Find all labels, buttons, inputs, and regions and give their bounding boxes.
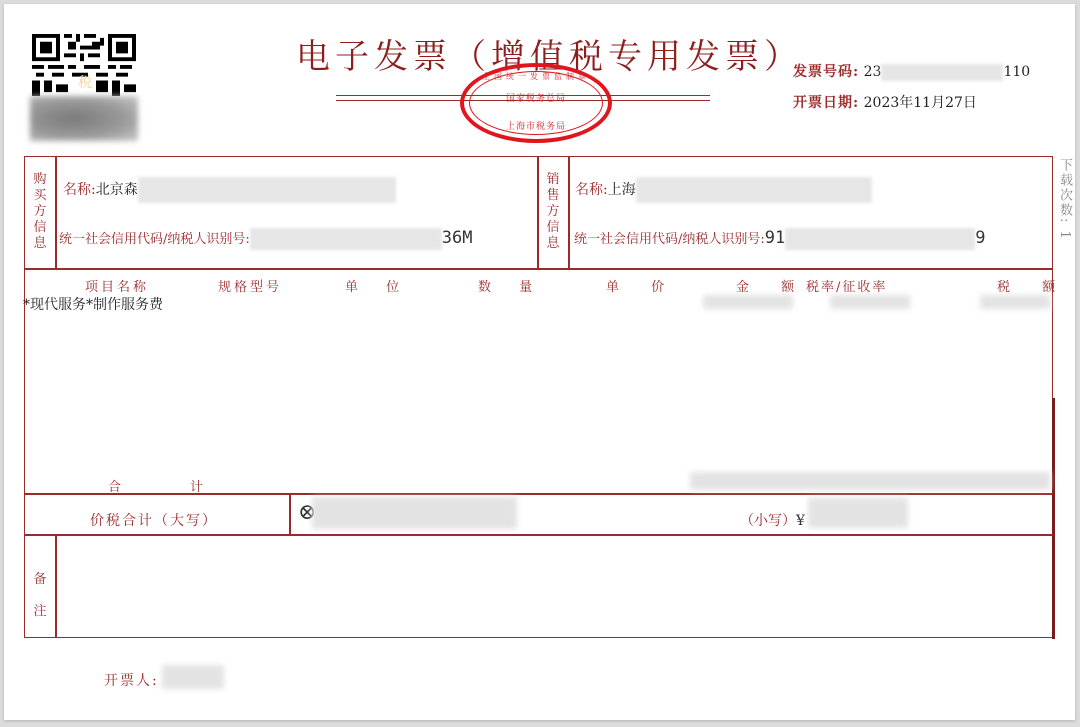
column-header-unit-price: 单 价 <box>606 276 678 295</box>
line-item-name: *现代服务*制作服务费 <box>23 294 163 314</box>
frame-shadow <box>1052 398 1055 639</box>
column-header-item-name: 项目名称 <box>85 276 149 295</box>
issuer-label: 开票人: <box>104 673 159 689</box>
seller-tax-id-suffix: 9 <box>975 228 985 248</box>
seller-name-value: 上海 <box>608 182 636 198</box>
column-header-tax-rate: 税率/征收率 <box>806 276 887 295</box>
redacted-block <box>703 295 793 309</box>
divider <box>24 268 1053 270</box>
column-header-quantity: 数 量 <box>478 276 544 295</box>
subtotal-label-2: 计 <box>190 476 203 495</box>
stamp-arc-text: 全国统一发票监制章 <box>464 71 608 82</box>
redacted-block <box>162 665 224 689</box>
buyer-section-label: 购买方信息 <box>25 172 55 252</box>
seller-name: 名称:上海 <box>575 177 872 203</box>
official-seal-stamp: 全国统一发票监制章 国家税务总局 上海市税务局 <box>460 63 612 143</box>
divider <box>24 534 1053 536</box>
buyer-tax-id-label: 统一社会信用代码/纳税人识别号: <box>59 232 250 247</box>
column-header-amount: 金 额 <box>736 276 808 295</box>
qr-tax-badge: 税 <box>78 72 92 92</box>
divider <box>24 493 1053 495</box>
buyer-tax-id: 统一社会信用代码/纳税人识别号:36M <box>59 228 472 250</box>
redacted-block <box>138 177 396 203</box>
stamp-bottom-text: 上海市税务局 <box>464 119 608 132</box>
stamp-center-text: 国家税务总局 <box>464 91 608 104</box>
redacted-block <box>250 228 442 250</box>
seller-section-label: 销售方信息 <box>538 172 568 252</box>
issue-date: 开票日期: 2023年11月27日 <box>793 92 977 112</box>
divider <box>55 534 57 638</box>
invoice-number-prefix: 23 <box>864 64 882 80</box>
remarks-label: 备注 <box>25 564 55 628</box>
currency-symbol: ¥ <box>796 513 805 529</box>
redacted-block <box>830 295 910 309</box>
redacted-block <box>690 472 1050 490</box>
invoice-number-suffix: 110 <box>1003 64 1030 80</box>
divider <box>568 156 570 269</box>
redacted-block <box>881 64 1003 81</box>
total-lower: （小写）¥ <box>740 510 805 530</box>
divider <box>55 156 57 269</box>
buyer-section-text: 购买方信息 <box>33 172 47 252</box>
total-lower-label: （小写） <box>740 513 796 529</box>
redacted-block <box>636 177 872 203</box>
issue-date-label: 开票日期: <box>793 95 859 111</box>
buyer-name: 名称:北京森 <box>63 177 396 203</box>
seller-name-label: 名称: <box>575 182 608 198</box>
redacted-block <box>980 295 1050 309</box>
issue-date-value: 2023年11月27日 <box>864 95 977 111</box>
column-header-spec: 规格型号 <box>218 276 282 295</box>
redacted-block <box>808 498 908 528</box>
buyer-tax-id-suffix: 36M <box>442 228 473 248</box>
redacted-block <box>30 96 138 141</box>
buyer-name-value: 北京森 <box>96 182 138 198</box>
invoice-number-label: 发票号码: <box>793 64 859 80</box>
seller-tax-id-label: 统一社会信用代码/纳税人识别号: <box>574 232 765 247</box>
divider <box>289 493 291 535</box>
remarks-text: 备注 <box>33 564 47 628</box>
total-upper-label: 价税合计（大写） <box>90 510 218 530</box>
column-header-unit: 单 位 <box>345 276 411 295</box>
seller-tax-id-prefix: 91 <box>765 228 785 248</box>
column-header-tax-amount: 税 额 <box>997 276 1069 295</box>
download-count: 下载次数: 1 <box>1058 158 1074 241</box>
buyer-name-label: 名称: <box>63 182 96 198</box>
issuer: 开票人: <box>104 670 159 690</box>
subtotal-label-1: 合 <box>108 476 121 495</box>
invoice-number: 发票号码: 23110 <box>793 61 1030 81</box>
redacted-block <box>785 228 975 250</box>
redacted-block <box>312 497 517 529</box>
seller-section-text: 销售方信息 <box>546 172 560 252</box>
seller-tax-id: 统一社会信用代码/纳税人识别号:919 <box>574 228 986 250</box>
